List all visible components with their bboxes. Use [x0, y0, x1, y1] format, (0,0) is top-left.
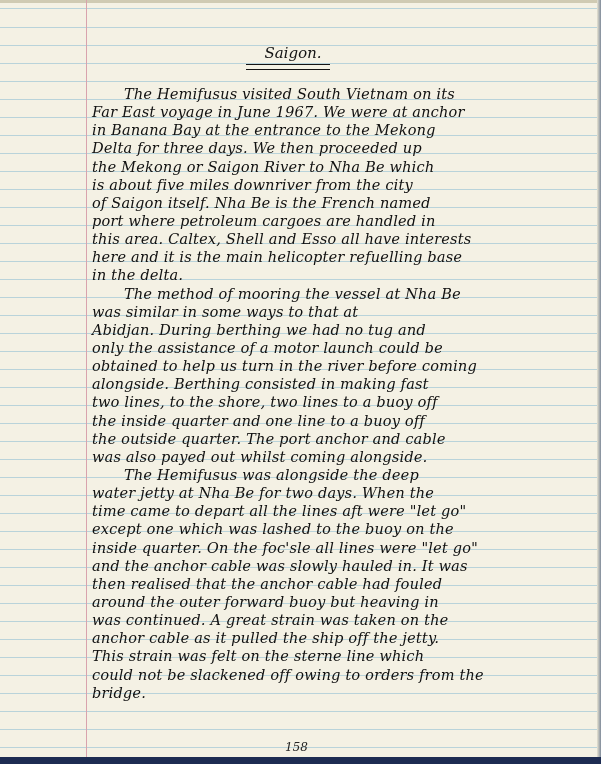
text-line: Far East voyage in June 1967. We were at…	[92, 104, 592, 122]
text-line: only the assistance of a motor launch co…	[92, 340, 592, 358]
text-line: This strain was felt on the sterne line …	[92, 648, 592, 666]
title-underline	[246, 64, 330, 70]
text-line: two lines, to the shore, two lines to a …	[92, 394, 592, 412]
text-line: here and it is the main helicopter refue…	[92, 249, 592, 267]
text-line: this area. Caltex, Shell and Esso all ha…	[92, 231, 592, 249]
page-right-edge	[597, 0, 601, 757]
text-line: then realised that the anchor cable had …	[92, 576, 592, 594]
text-line: was also payed out whilst coming alongsi…	[92, 449, 592, 467]
text-line: around the outer forward buoy but heavin…	[92, 594, 592, 612]
text-line: is about five miles downriver from the c…	[92, 177, 592, 195]
handwritten-body: The Hemifusus visited South Vietnam on i…	[92, 86, 592, 703]
text-line: in Banana Bay at the entrance to the Mek…	[92, 122, 592, 140]
page-title: Saigon.	[248, 44, 338, 62]
scan-background-band	[0, 757, 601, 764]
page-top-edge	[0, 0, 601, 3]
text-line: of Saigon itself. Nha Be is the French n…	[92, 195, 592, 213]
text-line: the inside quarter and one line to a buo…	[92, 413, 592, 431]
text-line: The method of mooring the vessel at Nha …	[92, 286, 592, 304]
text-line: bridge.	[92, 685, 592, 703]
text-line: the Mekong or Saigon River to Nha Be whi…	[92, 159, 592, 177]
text-line: and the anchor cable was slowly hauled i…	[92, 558, 592, 576]
text-line: The Hemifusus visited South Vietnam on i…	[92, 86, 592, 104]
text-line: in the delta.	[92, 267, 592, 285]
text-line: was similar in some ways to that at	[92, 304, 592, 322]
text-line: time came to depart all the lines aft we…	[92, 503, 592, 521]
text-line: Abidjan. During berthing we had no tug a…	[92, 322, 592, 340]
text-line: the outside quarter. The port anchor and…	[92, 431, 592, 449]
text-line: Delta for three days. We then proceeded …	[92, 140, 592, 158]
text-line: water jetty at Nha Be for two days. When…	[92, 485, 592, 503]
text-line: was continued. A great strain was taken …	[92, 612, 592, 630]
text-line: inside quarter. On the foc'sle all lines…	[92, 540, 592, 558]
text-line: except one which was lashed to the buoy …	[92, 521, 592, 539]
text-line: anchor cable as it pulled the ship off t…	[92, 630, 592, 648]
text-line: port where petroleum cargoes are handled…	[92, 213, 592, 231]
text-line: obtained to help us turn in the river be…	[92, 358, 592, 376]
text-line: could not be slackened off owing to orde…	[92, 667, 592, 685]
text-line: The Hemifusus was alongside the deep	[92, 467, 592, 485]
margin-line	[86, 0, 87, 757]
page-number: 158	[285, 740, 308, 754]
notebook-page: Saigon. The Hemifusus visited South Viet…	[0, 0, 601, 757]
text-line: alongside. Berthing consisted in making …	[92, 376, 592, 394]
